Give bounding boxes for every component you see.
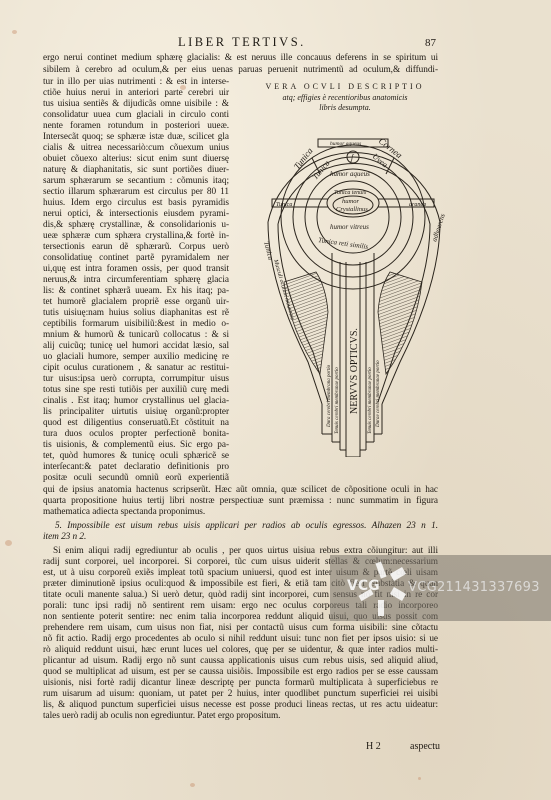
text-line: ceptibilis formarum uisibiliũ:&est in me…	[43, 319, 229, 330]
text-line: uisionis, nisi fortè radij dicantur line…	[43, 678, 438, 689]
proposition-5-cont: item 23 n 2.	[43, 532, 86, 543]
label-humor: humor	[342, 198, 359, 205]
text-line: consolidatur uuea cum glaciali in circul…	[43, 110, 229, 121]
figure-caption-subtitle: atq; effigies è recentioribus anatomicis	[255, 93, 435, 102]
text-line: nente foramen rotundum in posteriori uue…	[43, 121, 229, 132]
label-nervus-opticus: NERVVS OPTICVS.	[349, 328, 360, 414]
figure-caption-title: VERA OCVLI DESCRIPTIO	[255, 82, 435, 91]
running-head: LIBER TERTIVS.	[178, 35, 306, 50]
text-line: dis,& sphærę crystallinæ, & consolidario…	[43, 220, 229, 231]
eye-anatomy-diagram: Tunica Cornea Tunica Uvea humor aqueus ʃ…	[250, 112, 455, 457]
signature-mark: H 2	[366, 741, 381, 752]
text-line: Intersecãt quoq; se sphæræ istæ duæ, sci…	[43, 132, 229, 143]
text-line: ui,quę est intra foramen ossis, per quod…	[43, 264, 229, 275]
text-line: tur uisus:ipsa uerò corrupta, corrumpitu…	[43, 374, 229, 385]
text-line: plicantur ad uisum. Radij ergo nõ sunt c…	[43, 656, 438, 667]
text-line: tet, quòd humores & tunicę oculi sphæric…	[43, 451, 229, 462]
text-line: lis, & aliquod punctum superficiei uisus…	[43, 700, 438, 711]
text-line: tura duos oculos propter perfectionẽ bon…	[43, 429, 229, 440]
foxing-spot	[12, 30, 17, 34]
figure-caption-subtitle: libris desumpta.	[255, 103, 435, 112]
text-line: nõ fit actio. Radij ergo procedentes ab …	[43, 634, 438, 645]
text-line: interſecant:& patet declaratio definitio…	[43, 462, 229, 473]
text-line: cipit oculus curationem , & sanatur ac r…	[43, 363, 229, 374]
text-line: positæ oculi secundũ omniũ eorũ experien…	[43, 473, 229, 484]
text-line: alij cuicũq; tunicę uel humori accidat l…	[43, 341, 229, 352]
text-line: huius. Idem ergo circulus est basis pyra…	[43, 198, 229, 209]
label-tenuis-right: Tenuis cerebri membranae portio	[368, 367, 373, 434]
text-line: mnium & humorũ & tunicarũ collocatus : &…	[43, 330, 229, 341]
text-line: rum uisarum ad uisum: quoniam, ut patet …	[43, 689, 438, 700]
text-line: quod est diligentius conseruatũ.Et cõsti…	[43, 418, 229, 429]
text-line: tus uisiua sentiẽs & dijudicãs omne uisi…	[43, 99, 229, 110]
text-line: quarta propositione huius tertij libri n…	[43, 496, 438, 507]
text-line: ctiõe huius nerui in anteriori parte cer…	[43, 88, 229, 99]
text-line: prehendere rem uisam, cum uisus non fiat…	[43, 623, 438, 634]
label-adhaerens: adhaerens	[430, 212, 447, 242]
label-tunica-outer: Tunica	[262, 240, 275, 261]
text-line: lis principaliter uirtutis uisiuę organũ…	[43, 407, 229, 418]
label-tunica-tenuis: Tunica tenuis	[334, 190, 367, 196]
label-humor-aqueus: humor aqueus	[330, 170, 370, 178]
text-line: tutis uisiuę:nam huius solius diaphanita…	[43, 308, 229, 319]
text-line: rò aliquid reddunt uisui, hæc erunt luce…	[43, 645, 438, 656]
label-tunica-reti-similis: Tunica reti similis	[318, 236, 369, 251]
text-line: quod se multiplicat ad uisum, est per se…	[43, 667, 438, 678]
text-line: cialis & uitrea necessariò:cum cõuexum u…	[43, 143, 229, 154]
proposition-5: 5. Impossibile est uisum rebus uisis app…	[55, 521, 438, 532]
label-humor-upper: humor aqueus	[330, 141, 361, 147]
text-line: tet humorẽ glacialem propriẽ esse organũ…	[43, 297, 229, 308]
text-line: sibilem à cerebro ad oculum,& per eius u…	[43, 65, 438, 76]
text-line: tur in illo per uias nutrimenti : & est …	[43, 77, 229, 88]
text-line: tales uerò radij ab oculis non egrediunt…	[43, 711, 280, 722]
text-line: nerui optici, & intersectionis eiusdem p…	[43, 209, 229, 220]
text-line: mathematica adiecta spectanda proponimus…	[43, 507, 205, 518]
page-number: 87	[425, 37, 436, 49]
text-line: lis: & continet sphærã uueam. Ex his ita…	[43, 286, 229, 297]
text-line: qui de ipsius anatomia hactenus scripser…	[43, 485, 438, 496]
foxing-spot	[5, 540, 12, 546]
text-line: totus sine spe resti tutiõis per auxiliũ…	[43, 385, 229, 396]
text-line: sarum sphærarum se secantium : cõmunis i…	[43, 176, 229, 187]
text-line: naturę & diaphanitatis, sic sunt portiõe…	[43, 165, 229, 176]
watermark-id: VCG211431337693	[408, 580, 540, 595]
label-tenuis-left: Tenuis cerebri membranae portio	[335, 367, 340, 434]
text-line: cinalis . Est itaq; humor crystallinus u…	[43, 396, 229, 407]
label-dura-right: Durae cerebri membranae portio	[376, 360, 381, 428]
label-aranea-right: aranea	[409, 202, 426, 208]
text-line: consolidatiuę continet partẽ pyramidalem…	[43, 253, 229, 264]
label-humor-vitreus: humor vitreus	[330, 223, 369, 231]
text-line: sectio illarum sphærarum est circulus pe…	[43, 187, 229, 198]
text-line: neruus,& intra circumferentiam sphærę gl…	[43, 275, 229, 286]
label-tunica-aranea-left: Tunica	[276, 202, 292, 208]
text-line: tersectionis earun dẽ sphærarũ. Corpus u…	[43, 242, 229, 253]
text-line: ergo nerui continet medium sphærę glacia…	[43, 53, 438, 64]
catchword: aspectu	[410, 741, 440, 752]
label-dura-left: Dura cerebri membrana portio	[327, 364, 332, 428]
label-crystallinus: Crystallinus	[336, 206, 368, 213]
vcg-logo-icon: VCG	[345, 560, 415, 620]
foxing-spot	[190, 783, 195, 787]
text-line: ueæ sphæræ cum sphæra crystallina,& fort…	[43, 231, 229, 242]
text-line: tis uisionis, & complementũ eius. Sic er…	[43, 440, 229, 451]
text-line: obuiet cõuexo alterius: sicut enim sunt …	[43, 154, 229, 165]
text-line: uo glaciali humore, semper auxilio medic…	[43, 352, 229, 363]
watermark-logo-text: VCG	[347, 578, 380, 594]
book-page: LIBER TERTIVS. 87 ergo nerui continet me…	[0, 0, 551, 800]
foxing-spot	[418, 777, 421, 780]
